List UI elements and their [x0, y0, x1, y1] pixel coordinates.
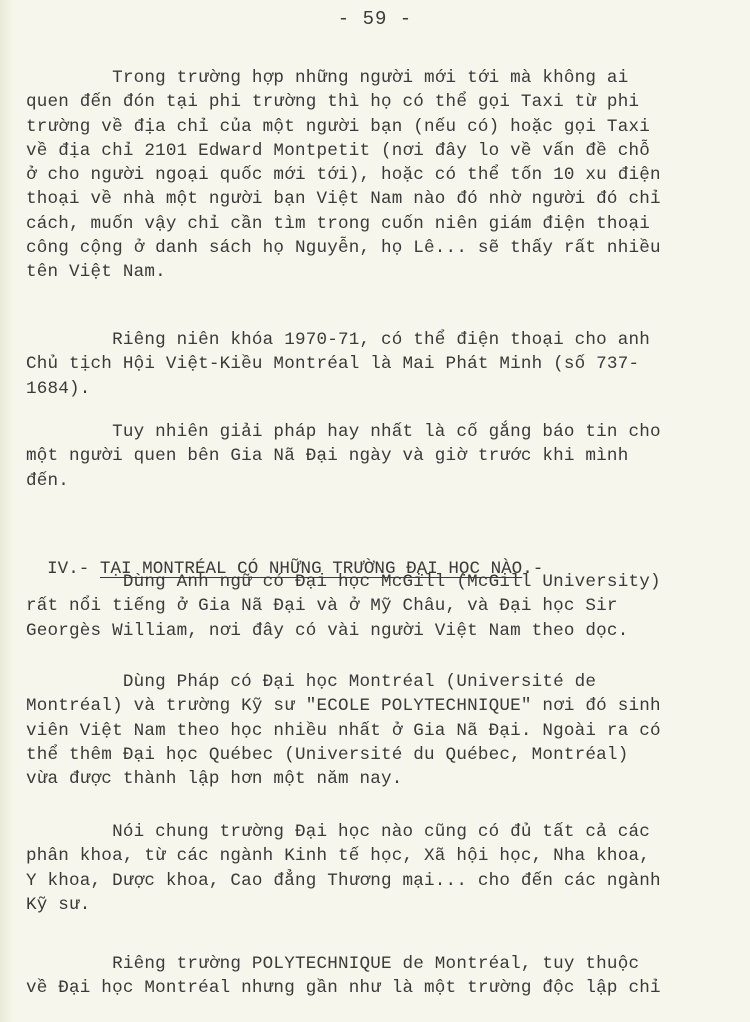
text-line: Dùng Anh ngữ có Đại học McGill (McGill U…	[26, 570, 726, 594]
paragraph-arrival-taxi: Trong trường hợp những người mới tới mà …	[26, 66, 726, 285]
page-number: - 59 -	[0, 8, 750, 30]
text-line: thoại về nhà một người bạn Việt Nam nào …	[26, 187, 726, 211]
text-line: đến.	[26, 469, 726, 493]
text-line: một người quen bên Gia Nã Đại ngày và gi…	[26, 444, 726, 468]
text-line: Chủ tịch Hội Việt-Kiều Montréal là Mai P…	[26, 352, 726, 376]
text-line: về Đại học Montréal nhưng gần như là một…	[26, 976, 726, 1000]
text-line: vừa được thành lập hơn một năm nay.	[26, 767, 726, 791]
paragraph-french-universities: Dùng Pháp có Đại học Montréal (Universit…	[26, 670, 726, 791]
paragraph-association-contact: Riêng niên khóa 1970-71, có thể điện tho…	[26, 328, 726, 401]
text-line: cách, muốn vậy chỉ cần tìm trong cuốn ni…	[26, 212, 726, 236]
text-line: phân khoa, từ các ngành Kinh tế học, Xã …	[26, 844, 726, 868]
text-line: Riêng niên khóa 1970-71, có thể điện tho…	[26, 328, 726, 352]
text-line: Dùng Pháp có Đại học Montréal (Universit…	[26, 670, 726, 694]
text-line: Riêng trường POLYTECHNIQUE de Montréal, …	[26, 952, 726, 976]
text-line: Y khoa, Dược khoa, Cao đẳng Thương mại..…	[26, 869, 726, 893]
text-line: Tuy nhiên giải pháp hay nhất là cố gắng …	[26, 420, 726, 444]
text-line: Georgès William, nơi đây có vài người Vi…	[26, 619, 726, 643]
paragraph-english-universities: Dùng Anh ngữ có Đại học McGill (McGill U…	[26, 570, 726, 643]
text-line: Montréal) và trường Kỹ sư "ECOLE POLYTEC…	[26, 694, 726, 718]
paragraph-faculties: Nói chung trường Đại học nào cũng có đủ …	[26, 820, 726, 917]
text-line: ở cho người ngoại quốc mới tới), hoặc có…	[26, 163, 726, 187]
text-line: thể thêm Đại học Québec (Université du Q…	[26, 743, 726, 767]
text-line: Trong trường hợp những người mới tới mà …	[26, 66, 726, 90]
text-line: Kỹ sư.	[26, 893, 726, 917]
text-line: viên Việt Nam theo học nhiều nhất ở Gia …	[26, 719, 726, 743]
text-line: quen đến đón tại phi trường thì họ có th…	[26, 90, 726, 114]
page-edge-shadow	[0, 0, 14, 1022]
text-line: về địa chỉ 2101 Edward Montpetit (nơi đâ…	[26, 139, 726, 163]
paragraph-best-solution: Tuy nhiên giải pháp hay nhất là cố gắng …	[26, 420, 726, 493]
text-line: Nói chung trường Đại học nào cũng có đủ …	[26, 820, 726, 844]
text-line: tên Việt Nam.	[26, 260, 726, 284]
paragraph-polytechnique: Riêng trường POLYTECHNIQUE de Montréal, …	[26, 952, 726, 1001]
text-line: rất nổi tiếng ở Gia Nã Đại và ở Mỹ Châu,…	[26, 594, 726, 618]
text-line: 1684).	[26, 377, 726, 401]
text-line: công cộng ở danh sách họ Nguyễn, họ Lê..…	[26, 236, 726, 260]
text-line: trường về địa chỉ của một người bạn (nếu…	[26, 115, 726, 139]
